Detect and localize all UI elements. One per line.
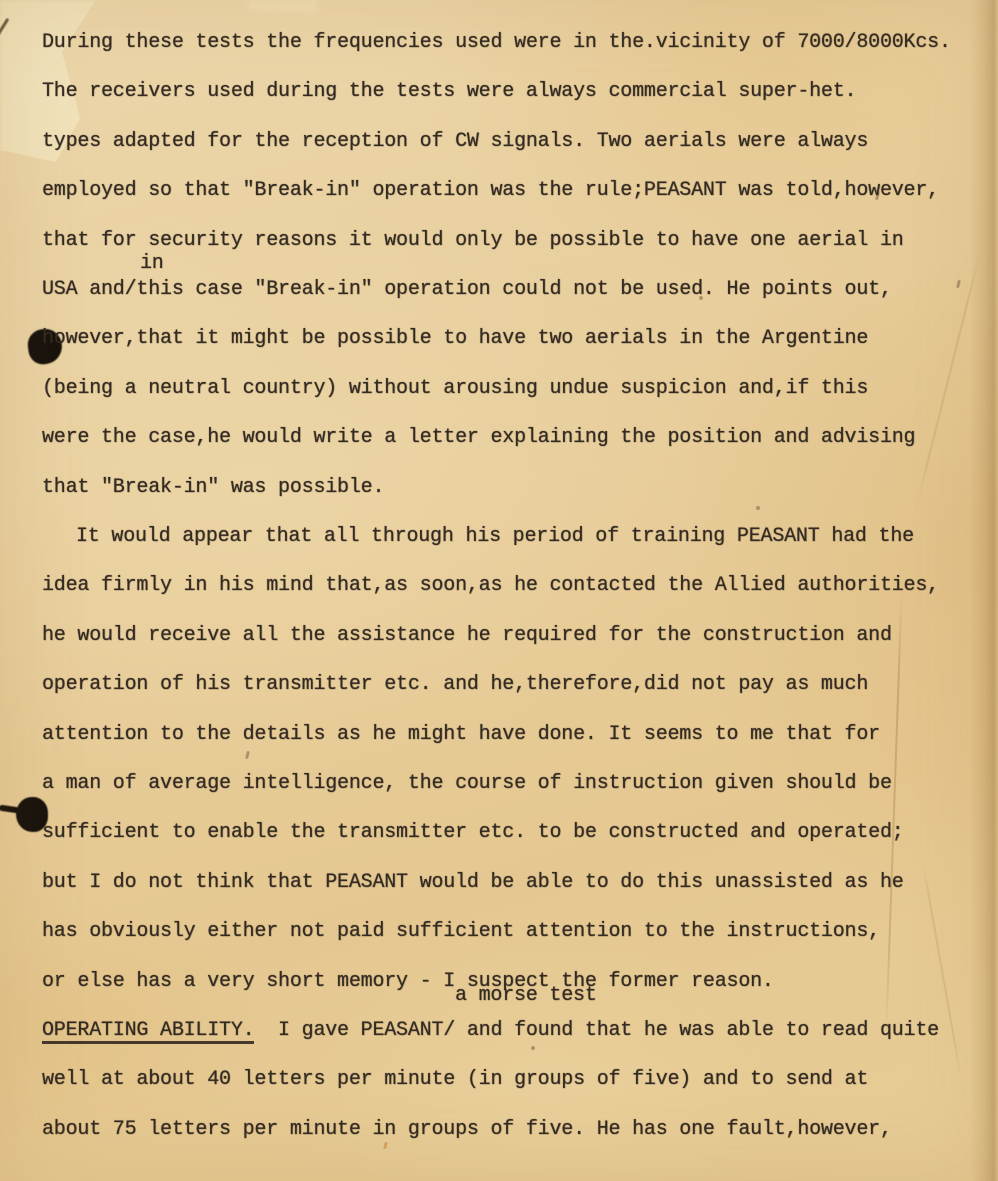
typed-line: has obviously either not paid sufficient…	[42, 922, 880, 942]
typed-line: idea firmly in his mind that,as soon,as …	[42, 576, 939, 596]
typed-line: sufficient to enable the transmitter etc…	[42, 823, 904, 843]
typed-line: well at about 40 letters per minute (in …	[42, 1070, 868, 1090]
typed-insertion: in	[140, 254, 164, 274]
typed-text-layer: During these tests the frequencies used …	[0, 0, 998, 1181]
typed-line: It would appear that all through his per…	[76, 527, 914, 547]
document-page: During these tests the frequencies used …	[0, 0, 998, 1181]
typed-text: I gave PEASANT/ and found that he was ab…	[254, 1019, 939, 1042]
typed-insertion: a morse test	[455, 986, 597, 1006]
typed-line: however,that it might be possible to hav…	[42, 329, 868, 349]
typed-line: he would receive all the assistance he r…	[42, 626, 892, 646]
typed-line: but I do not think that PEASANT would be…	[42, 873, 904, 893]
typed-line: types adapted for the reception of CW si…	[42, 132, 868, 152]
typed-line: (being a neutral country) without arousi…	[42, 379, 868, 399]
typed-line: employed so that "Break-in" operation wa…	[42, 181, 939, 201]
typed-line: attention to the details as he might hav…	[42, 725, 880, 745]
typed-line: that "Break-in" was possible.	[42, 478, 384, 498]
typed-line: about 75 letters per minute in groups of…	[42, 1120, 892, 1140]
typed-line: The receivers used during the tests were…	[42, 82, 856, 102]
typed-line: OPERATING ABILITY. I gave PEASANT/ and f…	[42, 1021, 939, 1044]
typed-line: that for security reasons it would only …	[42, 231, 904, 251]
typed-line: were the case,he would write a letter ex…	[42, 428, 915, 448]
typed-line: a man of average intelligence, the cours…	[42, 774, 892, 794]
section-heading: OPERATING ABILITY.	[42, 1021, 254, 1044]
typed-line: or else has a very short memory - I susp…	[42, 972, 774, 992]
typed-line: USA and/this case "Break-in" operation c…	[42, 280, 892, 300]
typed-line: During these tests the frequencies used …	[42, 33, 951, 53]
typed-line: operation of his transmitter etc. and he…	[42, 675, 868, 695]
